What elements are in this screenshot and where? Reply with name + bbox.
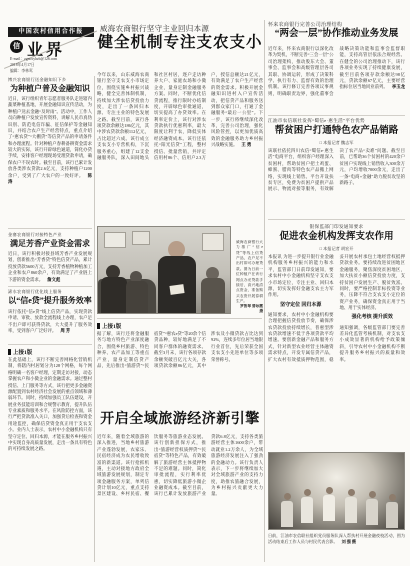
- sidebar-rule-3: [8, 344, 92, 345]
- sidebar-article-3-body: 该行依托“信e贷”线上信贷产品，实现贷款申请、审批、放款全流程线上办理，农户足不…: [8, 309, 92, 342]
- photo-person: [323, 487, 335, 521]
- photo-person: [281, 493, 293, 527]
- right-article-1-text: 近年来，怀来农商银行以深化改革为契机，不断完善“三会一层”公司治理架构，推动股东…: [268, 46, 405, 96]
- right-article-3-headline: 促进农金机构发挥支农作用: [268, 232, 405, 243]
- masthead-info: E-mail：zgncxyhzb@126.com 2018年4月17日 编辑：李…: [10, 57, 57, 75]
- right-photo-caption-sig: 刘 强 摄: [342, 539, 356, 544]
- photo-poster-2: [132, 231, 150, 245]
- bottom-article-body: 近年来，随着全域旅游的深入推进，当地乡村旅游产业蓬勃发展，农家乐、民宿经济成为农…: [97, 434, 263, 561]
- sidebar-article-2-sig: 詹文彪: [47, 277, 60, 282]
- photo-poster-1: [104, 232, 126, 248]
- sidebar-article-1-headline: 为种植户普及金融知识: [8, 84, 92, 93]
- section-rule-r2: [268, 219, 405, 220]
- right-article-2-kicker: 江油市农信联社发挥“蜀信e·惠生活”平台优势: [268, 118, 405, 124]
- main-article-sig: 王 勇: [241, 142, 251, 147]
- sidebar-jump-marker: 上接1版: [8, 348, 32, 356]
- sidebar-article-2-body: 近日，该行积极对接县域芳香产业发展规划，创新推出“芳香贷”特色信贷产品，累计投放…: [8, 251, 92, 284]
- main-article-body: 今年以来，山东威海农商银行坚守支农支小市场定位，围绕实施乡村振兴战略，健全完善体…: [97, 72, 263, 222]
- jump-block-icon: [8, 349, 11, 355]
- masthead-email: E-mail：zgncxyhzb@126.com: [10, 57, 57, 63]
- main-photo-caption-sig: 罗智琴 曾咏霞 摄: [236, 304, 263, 315]
- sidebar-article-2-kicker: 金寨农商银行对接特色产业: [8, 232, 92, 238]
- photo-cash-in-hands: [169, 284, 184, 295]
- sidebar-article-1-kicker: 博兴农商银行送金融知识下乡: [8, 77, 92, 83]
- sidebar-article-1-text: 近日，该行组织青年志愿者服务队走进辖内蔬菜种植基地，开展金融知识宣传活动，为种植…: [8, 96, 92, 178]
- photo-person: [386, 494, 398, 528]
- main-article-kicker: 威海农商银行坚守主业回归本源: [100, 23, 260, 34]
- section-rule-r1: [268, 115, 405, 116]
- bottom-article-headline: 开启全域旅游经济新引擎: [97, 412, 263, 428]
- right-article-3-subhead-1: 坚守定位 回归本源: [268, 302, 334, 309]
- right-article-2-body: 该联社依托四川农信“蜀信e·惠生活”电商平台，组织客户经理深入贫困村，帮助贫困户…: [268, 148, 405, 214]
- sidebar-jump-body: 在此基础上，该行不断完善网格化营销机制，将辖内村居划分为128个网格，每个网格明…: [8, 357, 92, 561]
- section-rule-middle: [97, 318, 262, 319]
- paper-logo-icon: 信: [10, 40, 23, 53]
- main-article-headline: 健全机制专注支农支小: [97, 34, 263, 52]
- photo-person: [366, 491, 378, 525]
- right-article-3-body: 本报讯 为进一步提升银行业金融机构服务乡村振兴的能力和水平，监管部门日前印发通知…: [268, 254, 405, 448]
- right-article-3-text-3: 通知强调，各级监管部门要完善差异化监管考核机制，对支农支小成效显著的机构给予政策…: [340, 325, 406, 363]
- photo-person: [345, 489, 357, 523]
- right-article-2-byline: □ 本报记者 魏志军: [268, 140, 405, 146]
- main-article-text: 今年以来，山东威海农商银行坚守支农支小市场定位，围绕实施乡村振兴战略，健全完善体…: [97, 72, 263, 160]
- photo-person-left-body: [101, 277, 127, 314]
- sidebar-rule-2: [8, 286, 92, 287]
- sidebar-article-2-headline: 满足芳香产业资金需求: [8, 239, 92, 248]
- right-article-1-kicker: 怀来农商银行完善公司治理结构: [268, 21, 405, 28]
- right-news-photo: [268, 452, 405, 530]
- sidebar-jump-label: 上接1版: [13, 348, 32, 356]
- right-article-1-headline: “两会一层”协作推动业务发展: [268, 29, 405, 40]
- middle-jump-label: 上接1版: [102, 322, 121, 330]
- photo-person: [301, 489, 313, 523]
- column-rule-left: [94, 76, 95, 562]
- main-news-photo: [97, 226, 231, 314]
- photo-person-2-body: [126, 281, 148, 314]
- right-article-2-headline: 帮贫困户打通特色农产品销路: [268, 126, 405, 137]
- right-article-3-byline: □ 本报记者 胡宏开: [268, 246, 405, 252]
- middle-jump-body: 据了解，该行还将金融服务与地方特色产业深度融合，围绕乡村旅游、特色种养、农产品加…: [97, 331, 263, 408]
- newspaper-page: 中国农村信用合作报 信 业界 E-mail：zgncxyhzb@126.com …: [0, 0, 410, 566]
- sidebar-article-3-kicker: 浠水农商银行优化线上服务: [8, 289, 92, 295]
- photo-poster-3: [202, 233, 224, 251]
- right-article-3-text-1: 本报讯 为进一步提升银行业金融机构服务乡村振兴的能力和水平，监管部门日前印发通知…: [268, 254, 334, 299]
- right-article-1-body: 近年来，怀来农商银行以深化改革为契机，不断完善“三会一层”公司治理架构，推动股东…: [268, 46, 405, 112]
- masthead-editor: 编辑：李林鸾: [10, 69, 57, 75]
- main-photo-caption: 威海农商银行大力推广“信e贷”等线上信贷产品，农户足不出村即可办理贷款。图为日前…: [236, 240, 263, 304]
- right-photo-caption-text: 日前，江油市农信联社组织党员服务队深入帮扶村开展金融夜校活动，图为活动结束后工作…: [268, 533, 405, 544]
- right-article-1-sig: 李玉龙: [392, 84, 405, 89]
- sidebar-article-3-headline: 以“信e贷”提升服务效率: [8, 296, 92, 305]
- sidebar-rule-1: [8, 228, 92, 229]
- middle-jump-marker: 上接1版: [97, 322, 121, 330]
- right-article-3-subhead-2: 强化考核 提升质效: [340, 314, 406, 321]
- sidebar-article-3-sig: 周 芳: [60, 328, 70, 333]
- right-photo-caption: 日前，江油市农信联社组织党员服务队深入帮扶村开展金融夜校活动，图为活动结束后工作…: [268, 533, 405, 559]
- jump-block-icon: [97, 323, 100, 329]
- photo-person-right-body: [201, 278, 225, 314]
- right-article-3-kicker: 银保监部门印发通知要求: [268, 224, 405, 230]
- sidebar-article-1-body: 近日，该行组织青年志愿者服务队走进辖内蔬菜种植基地，开展金融知识宣传活动，为种植…: [8, 96, 92, 224]
- sidebar-article-3-text: 该行依托“信e贷”线上信贷产品，实现贷款申请、审批、放款全流程线上办理，农户足不…: [8, 309, 92, 333]
- column-rule-right: [264, 20, 265, 562]
